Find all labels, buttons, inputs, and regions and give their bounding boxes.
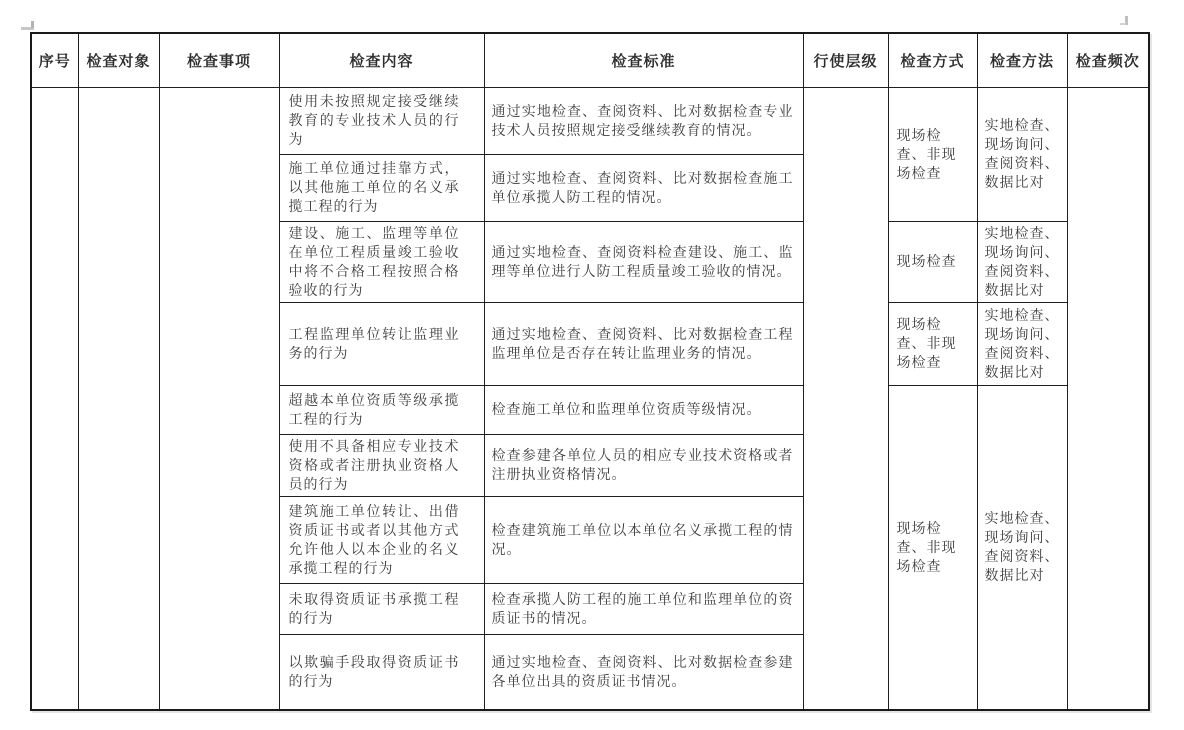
document-page: 序号 检查对象 检查事项 检查内容 检查标准 行使层级 检查方式 检查方法 检查… — [0, 0, 1184, 730]
inspection-table: 序号 检查对象 检查事项 检查内容 检查标准 行使层级 检查方式 检查方法 检查… — [30, 32, 1150, 711]
page-margin-mark-topright-tick — [1120, 23, 1126, 25]
col-header-level: 行使层级 — [803, 33, 888, 87]
cell-content-5: 超越本单位资质等级承揽工程的行为 — [279, 385, 484, 434]
cell-content-3: 建设、施工、监理等单位在单位工程质量竣工验收中将不合格工程按照合格验收的行为 — [279, 221, 484, 302]
col-header-item: 检查事项 — [159, 33, 279, 87]
cell-standard-2: 通过实地检查、查阅资料、比对数据检查施工单位承揽人防工程的情况。 — [484, 154, 803, 221]
cell-method-block-4: 实地检查、现场询问、查阅资料、数据比对 — [977, 385, 1067, 710]
cell-level — [803, 87, 888, 710]
cell-mode-block-4: 现场检查、非现场检查 — [888, 385, 977, 710]
header-row: 序号 检查对象 检查事项 检查内容 检查标准 行使层级 检查方式 检查方法 检查… — [31, 33, 1149, 87]
cell-mode-block-3: 现场检查、非现场检查 — [888, 302, 977, 385]
cell-standard-4: 通过实地检查、查阅资料、比对数据检查工程监理单位是否存在转让监理业务的情况。 — [484, 302, 803, 385]
cell-standard-3: 通过实地检查、查阅资料检查建设、施工、监理等单位进行人防工程质量竣工验收的情况。 — [484, 221, 803, 302]
cell-content-8: 未取得资质证书承揽工程的行为 — [279, 583, 484, 634]
cell-content-4: 工程监理单位转让监理业务的行为 — [279, 302, 484, 385]
cell-mode-block-1: 现场检查、非现场检查 — [888, 87, 977, 221]
cell-method-block-3: 实地检查、现场询问、查阅资料、数据比对 — [977, 302, 1067, 385]
cell-standard-1: 通过实地检查、查阅资料、比对数据检查专业技术人员按照规定接受继续教育的情况。 — [484, 87, 803, 154]
cell-content-1: 使用未按照规定接受继续教育的专业技术人员的行为 — [279, 87, 484, 154]
cell-method-block-2: 实地检查、现场询问、查阅资料、数据比对 — [977, 221, 1067, 302]
cell-standard-9: 通过实地检查、查阅资料、比对数据检查参建各单位出具的资质证书情况。 — [484, 634, 803, 710]
col-header-frequency: 检查频次 — [1067, 33, 1149, 87]
cell-content-7: 建筑施工单位转让、出借资质证书或者以其他方式允许他人以本企业的名义承揽工程的行为 — [279, 496, 484, 583]
cell-standard-6: 检查参建各单位人员的相应专业技术资格或者注册执业资格情况。 — [484, 434, 803, 496]
cell-standard-5: 检查施工单位和监理单位资质等级情况。 — [484, 385, 803, 434]
cell-content-6: 使用不具备相应专业技术资格或者注册执业资格人员的行为 — [279, 434, 484, 496]
cell-content-2: 施工单位通过挂靠方式，以其他施工单位的名义承揽工程的行为 — [279, 154, 484, 221]
table-row: 使用未按照规定接受继续教育的专业技术人员的行为 通过实地检查、查阅资料、比对数据… — [31, 87, 1149, 154]
cell-serial — [31, 87, 78, 710]
table-handle-mark-topleft-tick — [31, 21, 34, 28]
col-header-standard: 检查标准 — [484, 33, 803, 87]
cell-standard-8: 检查承揽人防工程的施工单位和监理单位的资质证书的情况。 — [484, 583, 803, 634]
cell-mode-block-2: 现场检查 — [888, 221, 977, 302]
col-header-method: 检查方法 — [977, 33, 1067, 87]
cell-frequency — [1067, 87, 1149, 710]
cell-item — [159, 87, 279, 710]
cell-object — [78, 87, 159, 710]
col-header-object: 检查对象 — [78, 33, 159, 87]
cell-method-block-1: 实地检查、现场询问、查阅资料、数据比对 — [977, 87, 1067, 221]
col-header-serial: 序号 — [31, 33, 78, 87]
col-header-mode: 检查方式 — [888, 33, 977, 87]
col-header-content: 检查内容 — [279, 33, 484, 87]
cell-standard-7: 检查建筑施工单位以本单位名义承揽工程的情况。 — [484, 496, 803, 583]
cell-content-9: 以欺骗手段取得资质证书的行为 — [279, 634, 484, 710]
